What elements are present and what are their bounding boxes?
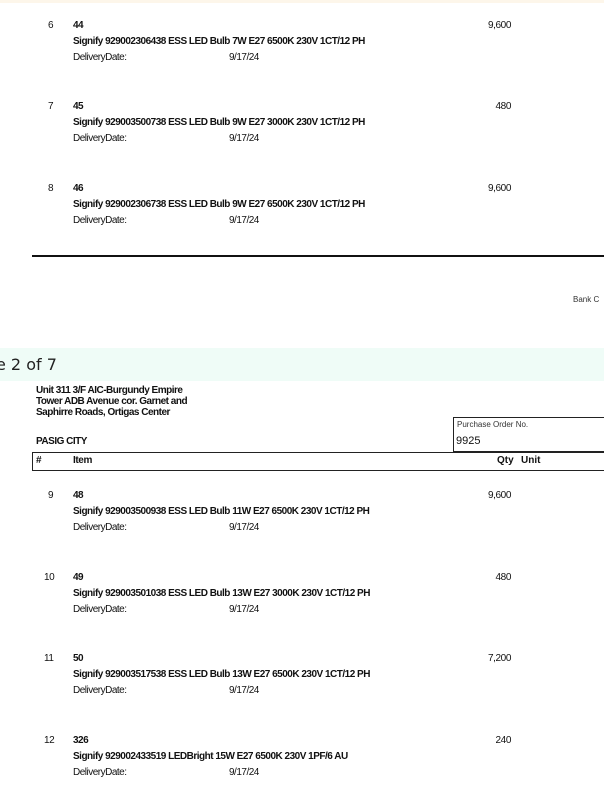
item-code: 326	[73, 735, 88, 746]
delivery-date-label: DeliveryDate:	[73, 133, 127, 144]
item-description: Signify 929002306438 ESS LED Bulb 7W E27…	[73, 36, 365, 47]
address-line: Unit 311 3/F AIC-Burgundy Empire	[36, 385, 187, 396]
delivery-date-label: DeliveryDate:	[73, 604, 127, 615]
address-line: Tower ADB Avenue cor. Garnet and	[36, 396, 187, 407]
section-rule	[32, 255, 604, 257]
line-number: 6	[48, 20, 68, 31]
item-qty: 480	[496, 572, 512, 583]
address-city: PASIG CITY	[36, 436, 87, 447]
item-code: 44	[73, 20, 83, 31]
item-description: Signify 929002306738 ESS LED Bulb 9W E27…	[73, 199, 365, 210]
delivery-date-label: DeliveryDate:	[73, 685, 127, 696]
page-indicator-band: e 2 of 7	[0, 348, 604, 381]
item-code: 49	[73, 572, 83, 583]
header-item: Item	[73, 455, 92, 466]
line-number: 10	[44, 572, 64, 583]
item-qty: 9,600	[488, 183, 511, 194]
item-description: Signify 929003500938 ESS LED Bulb 11W E2…	[73, 506, 369, 517]
viewer-top-strip	[0, 0, 604, 3]
line-item: 12 326 Signify 929002433519 LEDBright 15…	[0, 735, 604, 795]
line-item: 8 46 Signify 929002306738 ESS LED Bulb 9…	[0, 183, 604, 243]
item-qty: 480	[496, 101, 512, 112]
header-number: #	[36, 455, 42, 466]
header-qty: Qty	[497, 455, 514, 466]
line-number: 12	[44, 735, 64, 746]
item-description: Signify 929003500738 ESS LED Bulb 9W E27…	[73, 117, 365, 128]
line-item: 9 48 Signify 929003500938 ESS LED Bulb 1…	[0, 490, 604, 550]
delivery-date-value: 9/17/24	[229, 685, 259, 696]
line-number: 11	[44, 653, 64, 664]
line-number: 8	[48, 183, 68, 194]
delivery-date-label: DeliveryDate:	[73, 522, 127, 533]
line-item: 6 44 Signify 929002306438 ESS LED Bulb 7…	[0, 20, 604, 80]
item-code: 46	[73, 183, 83, 194]
delivery-date-value: 9/17/24	[229, 133, 259, 144]
item-code: 45	[73, 101, 83, 112]
item-qty: 9,600	[488, 20, 511, 31]
item-description: Signify 929003517538 ESS LED Bulb 13W E2…	[73, 669, 370, 680]
purchase-order-number: 9925	[456, 435, 480, 447]
delivery-date-label: DeliveryDate:	[73, 767, 127, 778]
purchase-order-box: Purchase Order No. 9925	[453, 417, 604, 452]
header-unit: Unit	[521, 455, 540, 466]
delivery-date-label: DeliveryDate:	[73, 52, 127, 63]
item-qty: 9,600	[488, 490, 511, 501]
address-block: Unit 311 3/F AIC-Burgundy Empire Tower A…	[36, 385, 187, 418]
item-code: 48	[73, 490, 83, 501]
line-item: 10 49 Signify 929003501038 ESS LED Bulb …	[0, 572, 604, 632]
bank-footer-text: Bank C	[573, 295, 599, 304]
item-code: 50	[73, 653, 83, 664]
item-description: Signify 929003501038 ESS LED Bulb 13W E2…	[73, 588, 370, 599]
item-qty: 7,200	[488, 653, 511, 664]
delivery-date-value: 9/17/24	[229, 604, 259, 615]
item-description: Signify 929002433519 LEDBright 15W E27 6…	[73, 751, 348, 762]
purchase-order-label: Purchase Order No.	[457, 420, 528, 429]
items-table-header: # Item Qty Unit	[32, 452, 604, 471]
delivery-date-label: DeliveryDate:	[73, 215, 127, 226]
address-line: Saphirre Roads, Ortigas Center	[36, 407, 187, 418]
line-number: 9	[48, 490, 68, 501]
line-number: 7	[48, 101, 68, 112]
delivery-date-value: 9/17/24	[229, 52, 259, 63]
line-item: 7 45 Signify 929003500738 ESS LED Bulb 9…	[0, 101, 604, 161]
delivery-date-value: 9/17/24	[229, 767, 259, 778]
delivery-date-value: 9/17/24	[229, 215, 259, 226]
item-qty: 240	[496, 735, 512, 746]
delivery-date-value: 9/17/24	[229, 522, 259, 533]
line-item: 11 50 Signify 929003517538 ESS LED Bulb …	[0, 653, 604, 713]
page-indicator: e 2 of 7	[0, 355, 57, 374]
column-divider	[381, 453, 382, 470]
